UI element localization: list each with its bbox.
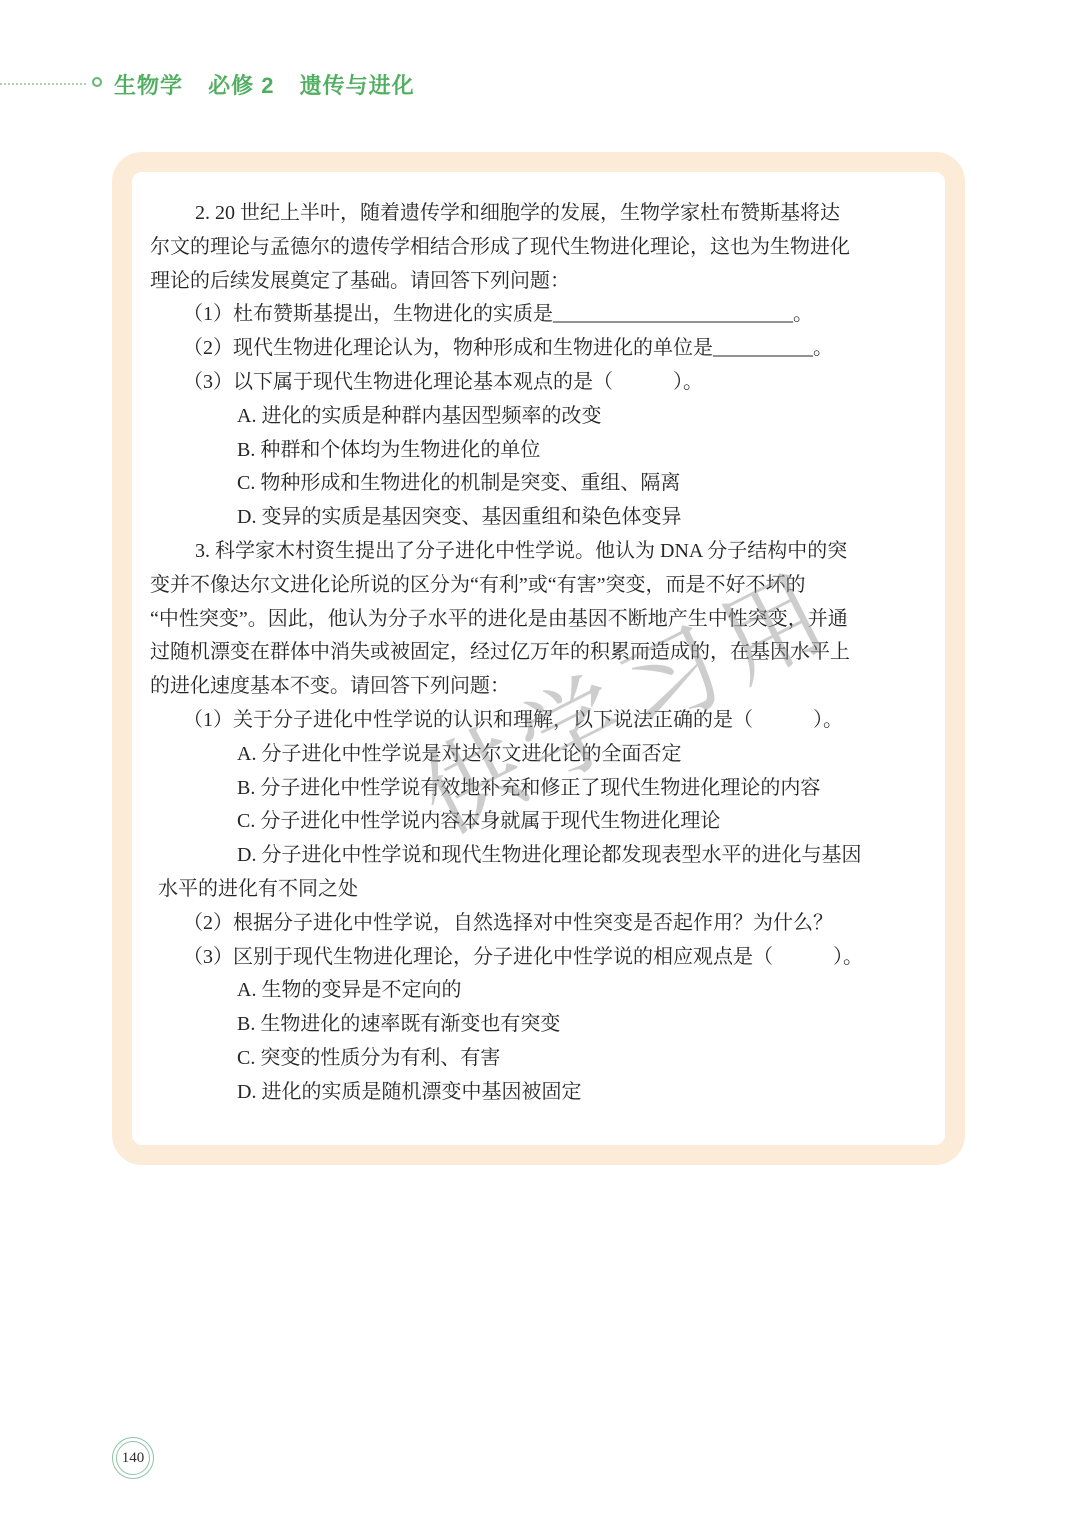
page-number: 140 bbox=[122, 1450, 145, 1467]
text-line: “中性突变”。因此，他认为分子水平的进化是由基因不断地产生中性突变，并通 bbox=[150, 603, 929, 637]
text-line: （3）区别于现代生物进化理论，分子进化中性学说的相应观点是（ ）。 bbox=[150, 941, 929, 975]
textbook-page: 生物学 必修 2 遗传与进化 2. 20 世纪上半叶，随着遗传学和细胞学的发展，… bbox=[0, 0, 1080, 1526]
text-line: A. 生物的变异是不定向的 bbox=[150, 974, 929, 1008]
text-line: 理论的后续发展奠定了基础。请回答下列问题： bbox=[150, 265, 929, 299]
text-line: B. 生物进化的速率既有渐变也有突变 bbox=[150, 1008, 929, 1042]
text-line: （2）现代生物进化理论认为，物种形成和生物进化的单位是__________。 bbox=[150, 332, 929, 366]
text-line: （1）杜布赞斯基提出，生物进化的实质是_____________________… bbox=[150, 298, 929, 332]
question-lines: 2. 20 世纪上半叶，随着遗传学和细胞学的发展，生物学家杜布赞斯基将达尔文的理… bbox=[132, 172, 945, 1110]
text-line: C. 物种形成和生物进化的机制是突变、重组、隔离 bbox=[150, 467, 929, 501]
header-dotted-rule bbox=[0, 83, 86, 85]
text-line: （3）以下属于现代生物进化理论基本观点的是（ ）。 bbox=[150, 366, 929, 400]
page-number-inner-ring: 140 bbox=[116, 1441, 150, 1475]
header-course: 生物学 bbox=[114, 73, 183, 98]
text-line: （1）关于分子进化中性学说的认识和理解，以下说法正确的是（ ）。 bbox=[150, 704, 929, 738]
text-line: C. 分子进化中性学说内容本身就属于现代生物进化理论 bbox=[150, 805, 929, 839]
text-line: D. 变异的实质是基因突变、基因重组和染色体变异 bbox=[150, 501, 929, 535]
text-line: D. 分子进化中性学说和现代生物进化理论都发现表型水平的进化与基因 bbox=[150, 839, 929, 873]
text-line: A. 进化的实质是种群内基因型频率的改变 bbox=[150, 400, 929, 434]
text-line: B. 种群和个体均为生物进化的单位 bbox=[150, 434, 929, 468]
header-module: 必修 2 bbox=[208, 73, 274, 98]
text-line: A. 分子进化中性学说是对达尔文进化论的全面否定 bbox=[150, 738, 929, 772]
text-line: 3. 科学家木村资生提出了分子进化中性学说。他认为 DNA 分子结构中的突 bbox=[150, 535, 929, 569]
text-line: 2. 20 世纪上半叶，随着遗传学和细胞学的发展，生物学家杜布赞斯基将达 bbox=[150, 197, 929, 231]
text-line: 水平的进化有不同之处 bbox=[150, 873, 929, 907]
text-line: C. 突变的性质分为有利、有害 bbox=[150, 1042, 929, 1076]
text-line: 过随机漂变在群体中消失或被固定，经过亿万年的积累而造成的，在基因水平上 bbox=[150, 636, 929, 670]
header-bullet-circle-icon bbox=[92, 77, 102, 87]
header-unit: 遗传与进化 bbox=[300, 73, 415, 98]
page-number-badge: 140 bbox=[112, 1437, 154, 1479]
header-title: 生物学 必修 2 遗传与进化 bbox=[114, 69, 415, 100]
text-line: B. 分子进化中性学说有效地补充和修正了现代生物进化理论的内容 bbox=[150, 772, 929, 806]
text-line: 变并不像达尔文进化论所说的区分为“有利”或“有害”突变，而是不好不坏的 bbox=[150, 569, 929, 603]
text-line: 的进化速度基本不变。请回答下列问题： bbox=[150, 670, 929, 704]
text-line: D. 进化的实质是随机漂变中基因被固定 bbox=[150, 1076, 929, 1110]
text-line: 尔文的理论与孟德尔的遗传学相结合形成了现代生物进化理论，这也为生物进化 bbox=[150, 231, 929, 265]
question-box: 2. 20 世纪上半叶，随着遗传学和细胞学的发展，生物学家杜布赞斯基将达尔文的理… bbox=[112, 152, 965, 1165]
text-line: （2）根据分子进化中性学说，自然选择对中性突变是否起作用？为什么？ bbox=[150, 907, 929, 941]
